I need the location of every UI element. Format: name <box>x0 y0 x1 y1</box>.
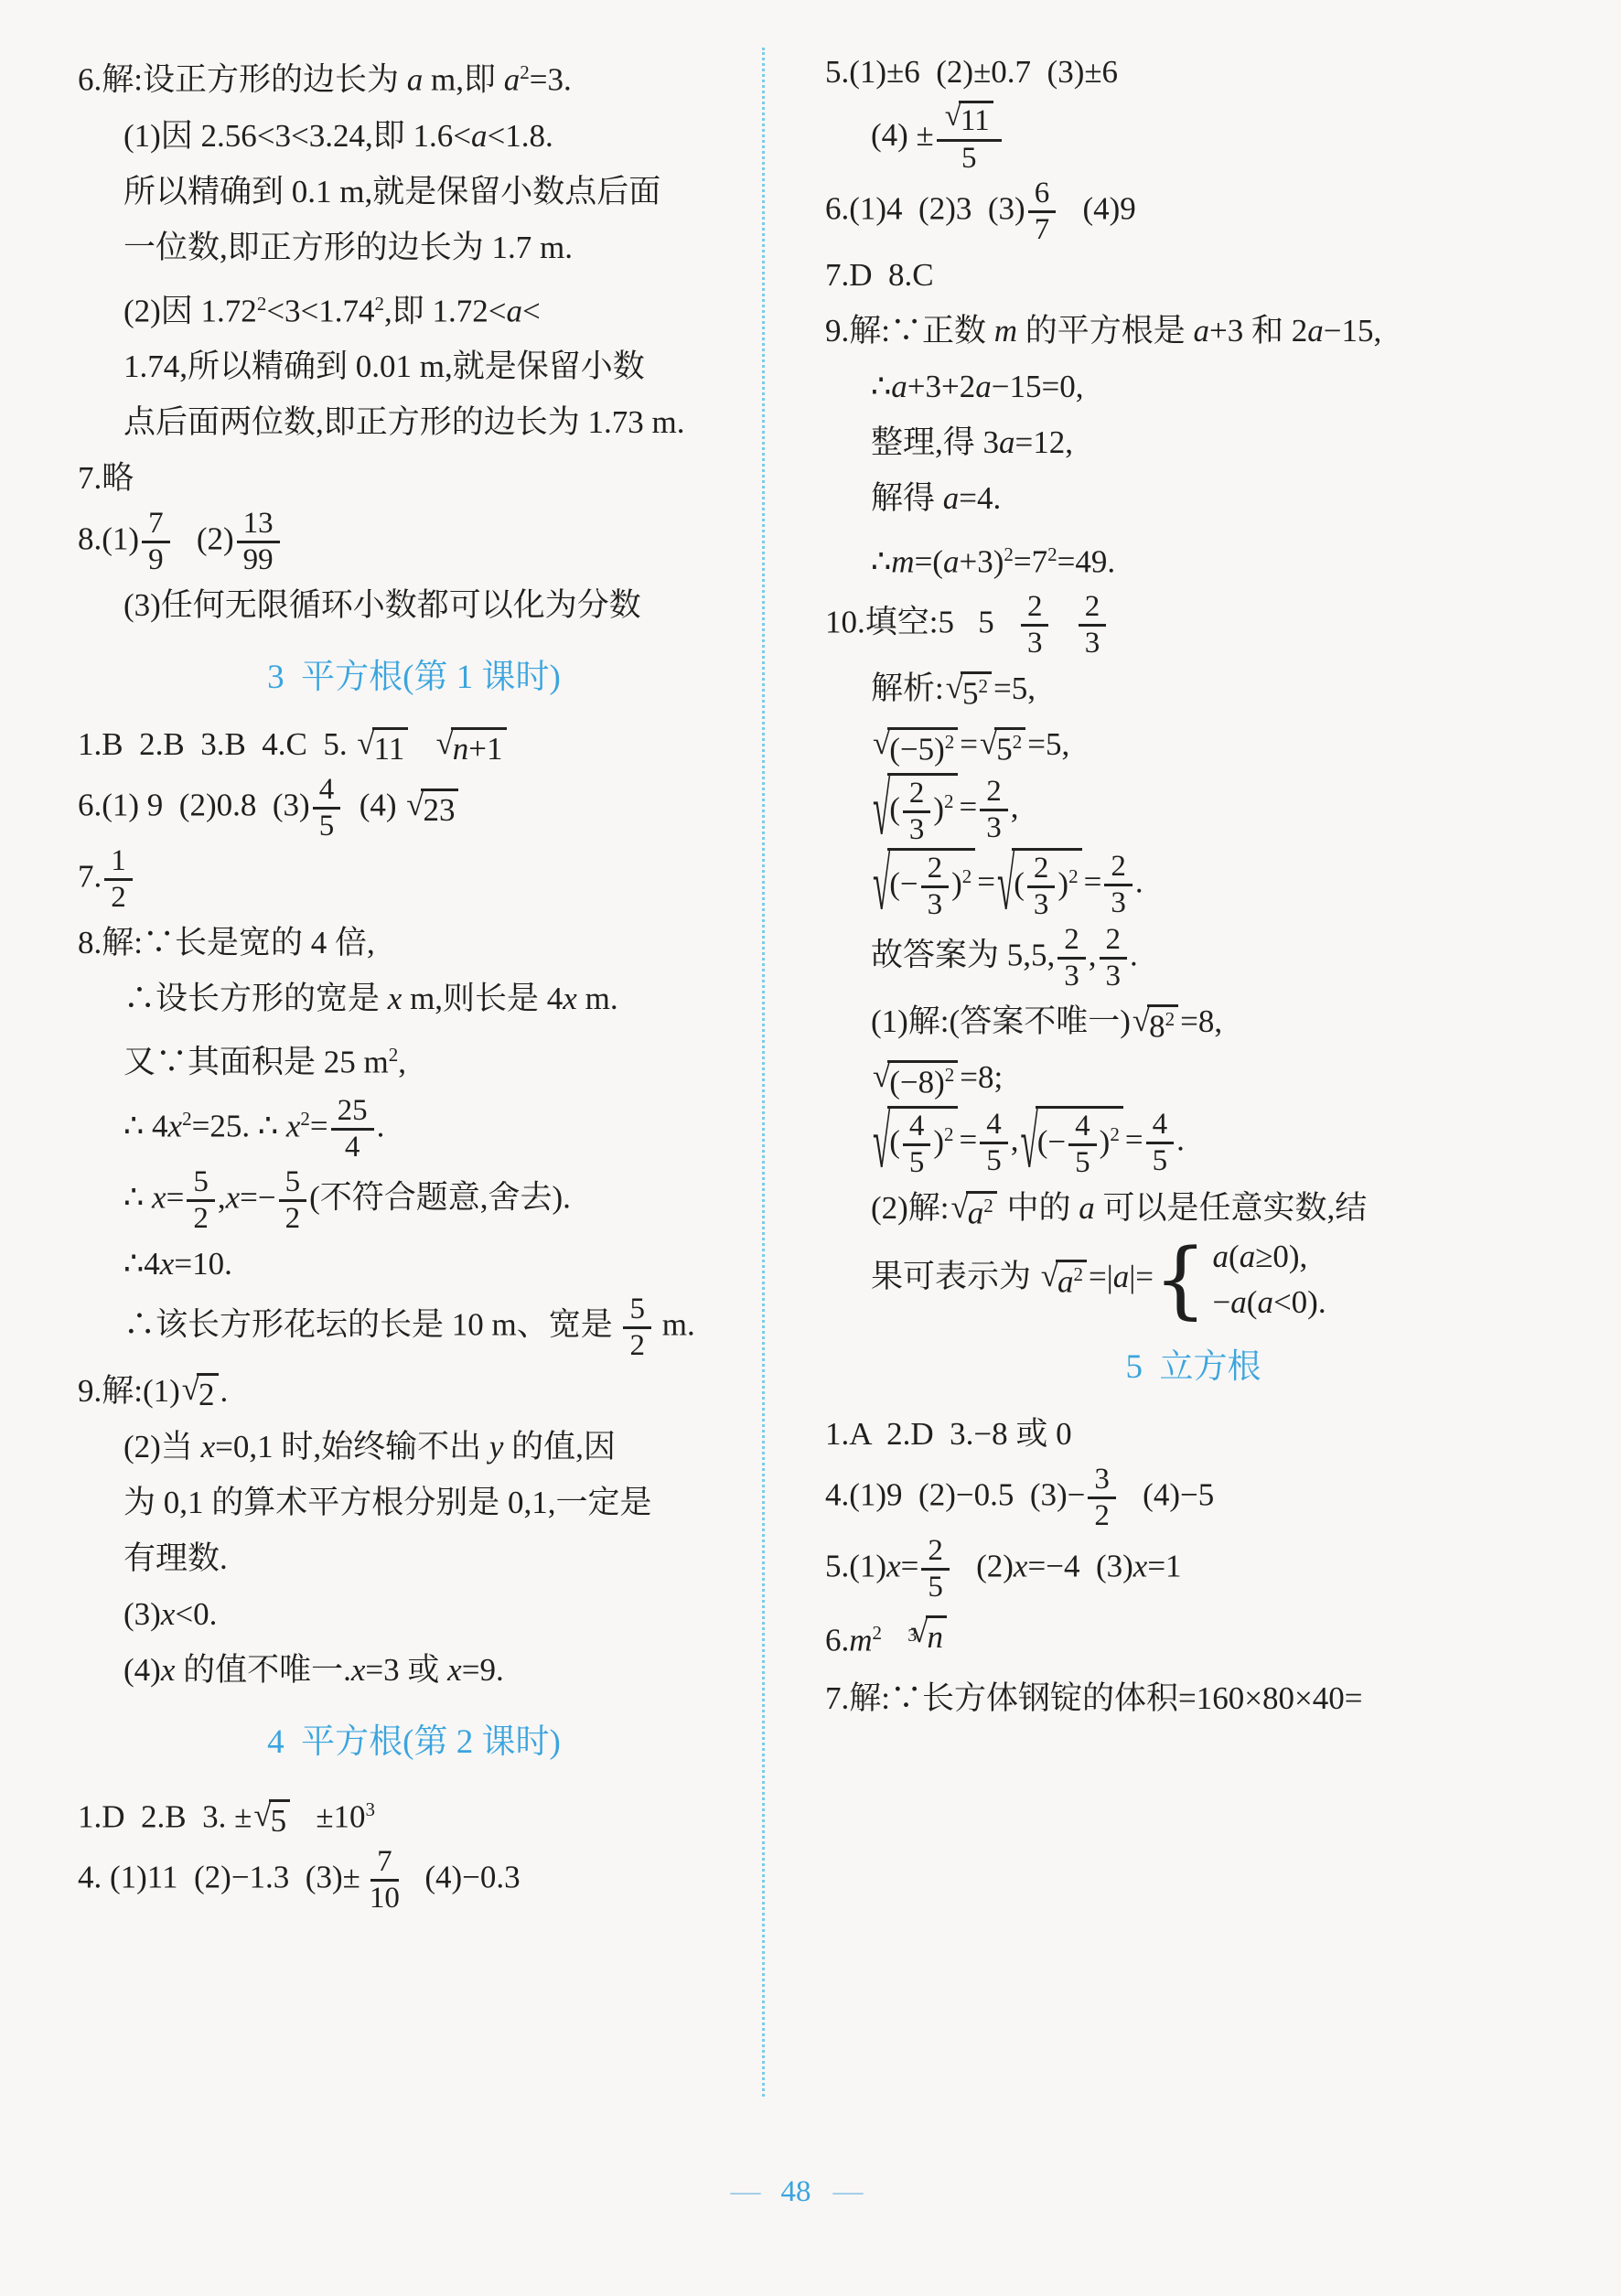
answer-line: ∴ x=52,x=−52(不符合题意,舍去). <box>78 1165 750 1236</box>
answer-line: √(−8)2=8; <box>825 1050 1562 1105</box>
answer-line: 又∵其面积是 25 m2, <box>78 1027 750 1090</box>
answer-line: (2)当 x=0,1 时,始终输不出 y 的值,因 <box>78 1420 750 1475</box>
answer-line: ∴a+3+2a−15=0, <box>825 359 1562 414</box>
answer-line: 果可表示为 √a2=|a|={a(a≥0),−a(a<0). <box>825 1237 1562 1323</box>
column-divider <box>762 48 765 2097</box>
answer-line: 解得 a=4. <box>825 471 1562 526</box>
answer-line: 10.填空:5 5 23 23 <box>825 590 1562 660</box>
answer-line: 8.解:∵长是宽的 4 倍, <box>78 916 750 971</box>
answer-line: ∴m=(a+3)2=72=49. <box>825 527 1562 590</box>
answer-line: 1.A 2.D 3.−8 或 0 <box>825 1407 1562 1462</box>
cases-brace: { <box>1154 1246 1208 1314</box>
section-header: 5 立方根 <box>825 1337 1562 1398</box>
page-footer: — 48 — <box>0 2175 1592 2209</box>
answer-line: ∴设长方形的宽是 x m,则长是 4x m. <box>78 971 750 1026</box>
answer-line: (2)解:√a2 中的 a 可以是任意实数,结 <box>825 1181 1562 1236</box>
answer-line: √(45)2=45,√(−45)2=45. <box>825 1106 1562 1180</box>
answer-line: √(−5)2=√52=5, <box>825 717 1562 772</box>
answer-line: 1.D 2.B 3. ±√5 ±103 <box>78 1782 750 1845</box>
page-number: 48 <box>781 2175 811 2209</box>
answer-line: 故答案为 5,5,23,23. <box>825 923 1562 993</box>
answer-line: 7.D 8.C <box>825 248 1562 303</box>
answer-line: √(23)2=23, <box>825 773 1562 847</box>
section-header: 4 平方根(第 2 课时) <box>78 1712 750 1773</box>
answer-line: (3)任何无限循环小数都可以化为分数 <box>78 578 750 633</box>
answer-line: 5.(1)x=25 (2)x=−4 (3)x=1 <box>825 1534 1562 1604</box>
answer-line: 7.解:∵长方体钢锭的体积=160×80×40= <box>825 1671 1562 1726</box>
answer-line: 解析:√52=5, <box>825 661 1562 716</box>
answer-line: (4) ±√115 <box>825 101 1562 176</box>
answer-line: 所以精确到 0.1 m,就是保留小数点后面 <box>78 165 750 220</box>
answer-line: 6.(1) 9 (2)0.8 (3)45 (4) √23 <box>78 773 750 843</box>
answer-line: 一位数,即正方形的边长为 1.7 m. <box>78 220 750 275</box>
answer-line: ∴ 4x2=25. ∴ x2=254. <box>78 1091 750 1164</box>
answer-line: 8.(1)79 (2)1399 <box>78 507 750 577</box>
answer-line: ∴该长方形花坛的长是 10 m、宽是 52 m. <box>78 1293 750 1363</box>
answer-line: 为 0,1 的算术平方根分别是 0,1,一定是 <box>78 1475 750 1530</box>
answer-line: 6.(1)4 (2)3 (3)67 (4)9 <box>825 177 1562 247</box>
answer-line: (4)x 的值不唯一.x=3 或 x=9. <box>78 1643 750 1698</box>
answer-line: 有理数. <box>78 1531 750 1586</box>
left-column: 6.解:设正方形的边长为 a m,即 a2=3.(1)因 2.56<3<3.24… <box>78 44 750 1916</box>
right-column: 5.(1)±6 (2)±0.7 (3)±6(4) ±√1156.(1)4 (2)… <box>825 44 1562 1727</box>
answer-line: 1.74,所以精确到 0.01 m,就是保留小数 <box>78 339 750 394</box>
answer-line: 5.(1)±6 (2)±0.7 (3)±6 <box>825 45 1562 100</box>
answer-line: 点后面两位数,即正方形的边长为 1.73 m. <box>78 395 750 450</box>
answer-line: 7.12 <box>78 844 750 915</box>
answer-line: (1)因 2.56<3<3.24,即 1.6<a<1.8. <box>78 109 750 164</box>
answer-line: 6.解:设正方形的边长为 a m,即 a2=3. <box>78 45 750 108</box>
answer-line: 9.解:∵正数 m 的平方根是 a+3 和 2a−15, <box>825 304 1562 359</box>
answer-line: 7.略 <box>78 451 750 506</box>
answer-line: (2)因 1.722<3<1.742,即 1.72<a< <box>78 276 750 339</box>
answer-line: 6.m2 3√n <box>825 1605 1562 1671</box>
footer-dash-left: — <box>731 2175 759 2209</box>
answer-line: 1.B 2.B 3.B 4.C 5. √11 √n+1 <box>78 717 750 772</box>
footer-dash-right: — <box>833 2175 862 2209</box>
answer-line: (1)解:(答案不唯一)√82=8, <box>825 994 1562 1049</box>
answer-line: (3)x<0. <box>78 1587 750 1642</box>
answer-line: 9.解:(1)√2. <box>78 1364 750 1419</box>
answer-line: 4.(1)9 (2)−0.5 (3)−32 (4)−5 <box>825 1463 1562 1533</box>
answer-line: √(−23)2=√(23)2=23. <box>825 848 1562 922</box>
answer-line: ∴4x=10. <box>78 1237 750 1292</box>
answer-line: 4. (1)11 (2)−1.3 (3)±710 (4)−0.3 <box>78 1845 750 1915</box>
section-header: 3 平方根(第 1 课时) <box>78 648 750 708</box>
answer-line: 整理,得 3a=12, <box>825 415 1562 470</box>
answer-key-page: 6.解:设正方形的边长为 a m,即 a2=3.(1)因 2.56<3<3.24… <box>0 0 1621 2296</box>
